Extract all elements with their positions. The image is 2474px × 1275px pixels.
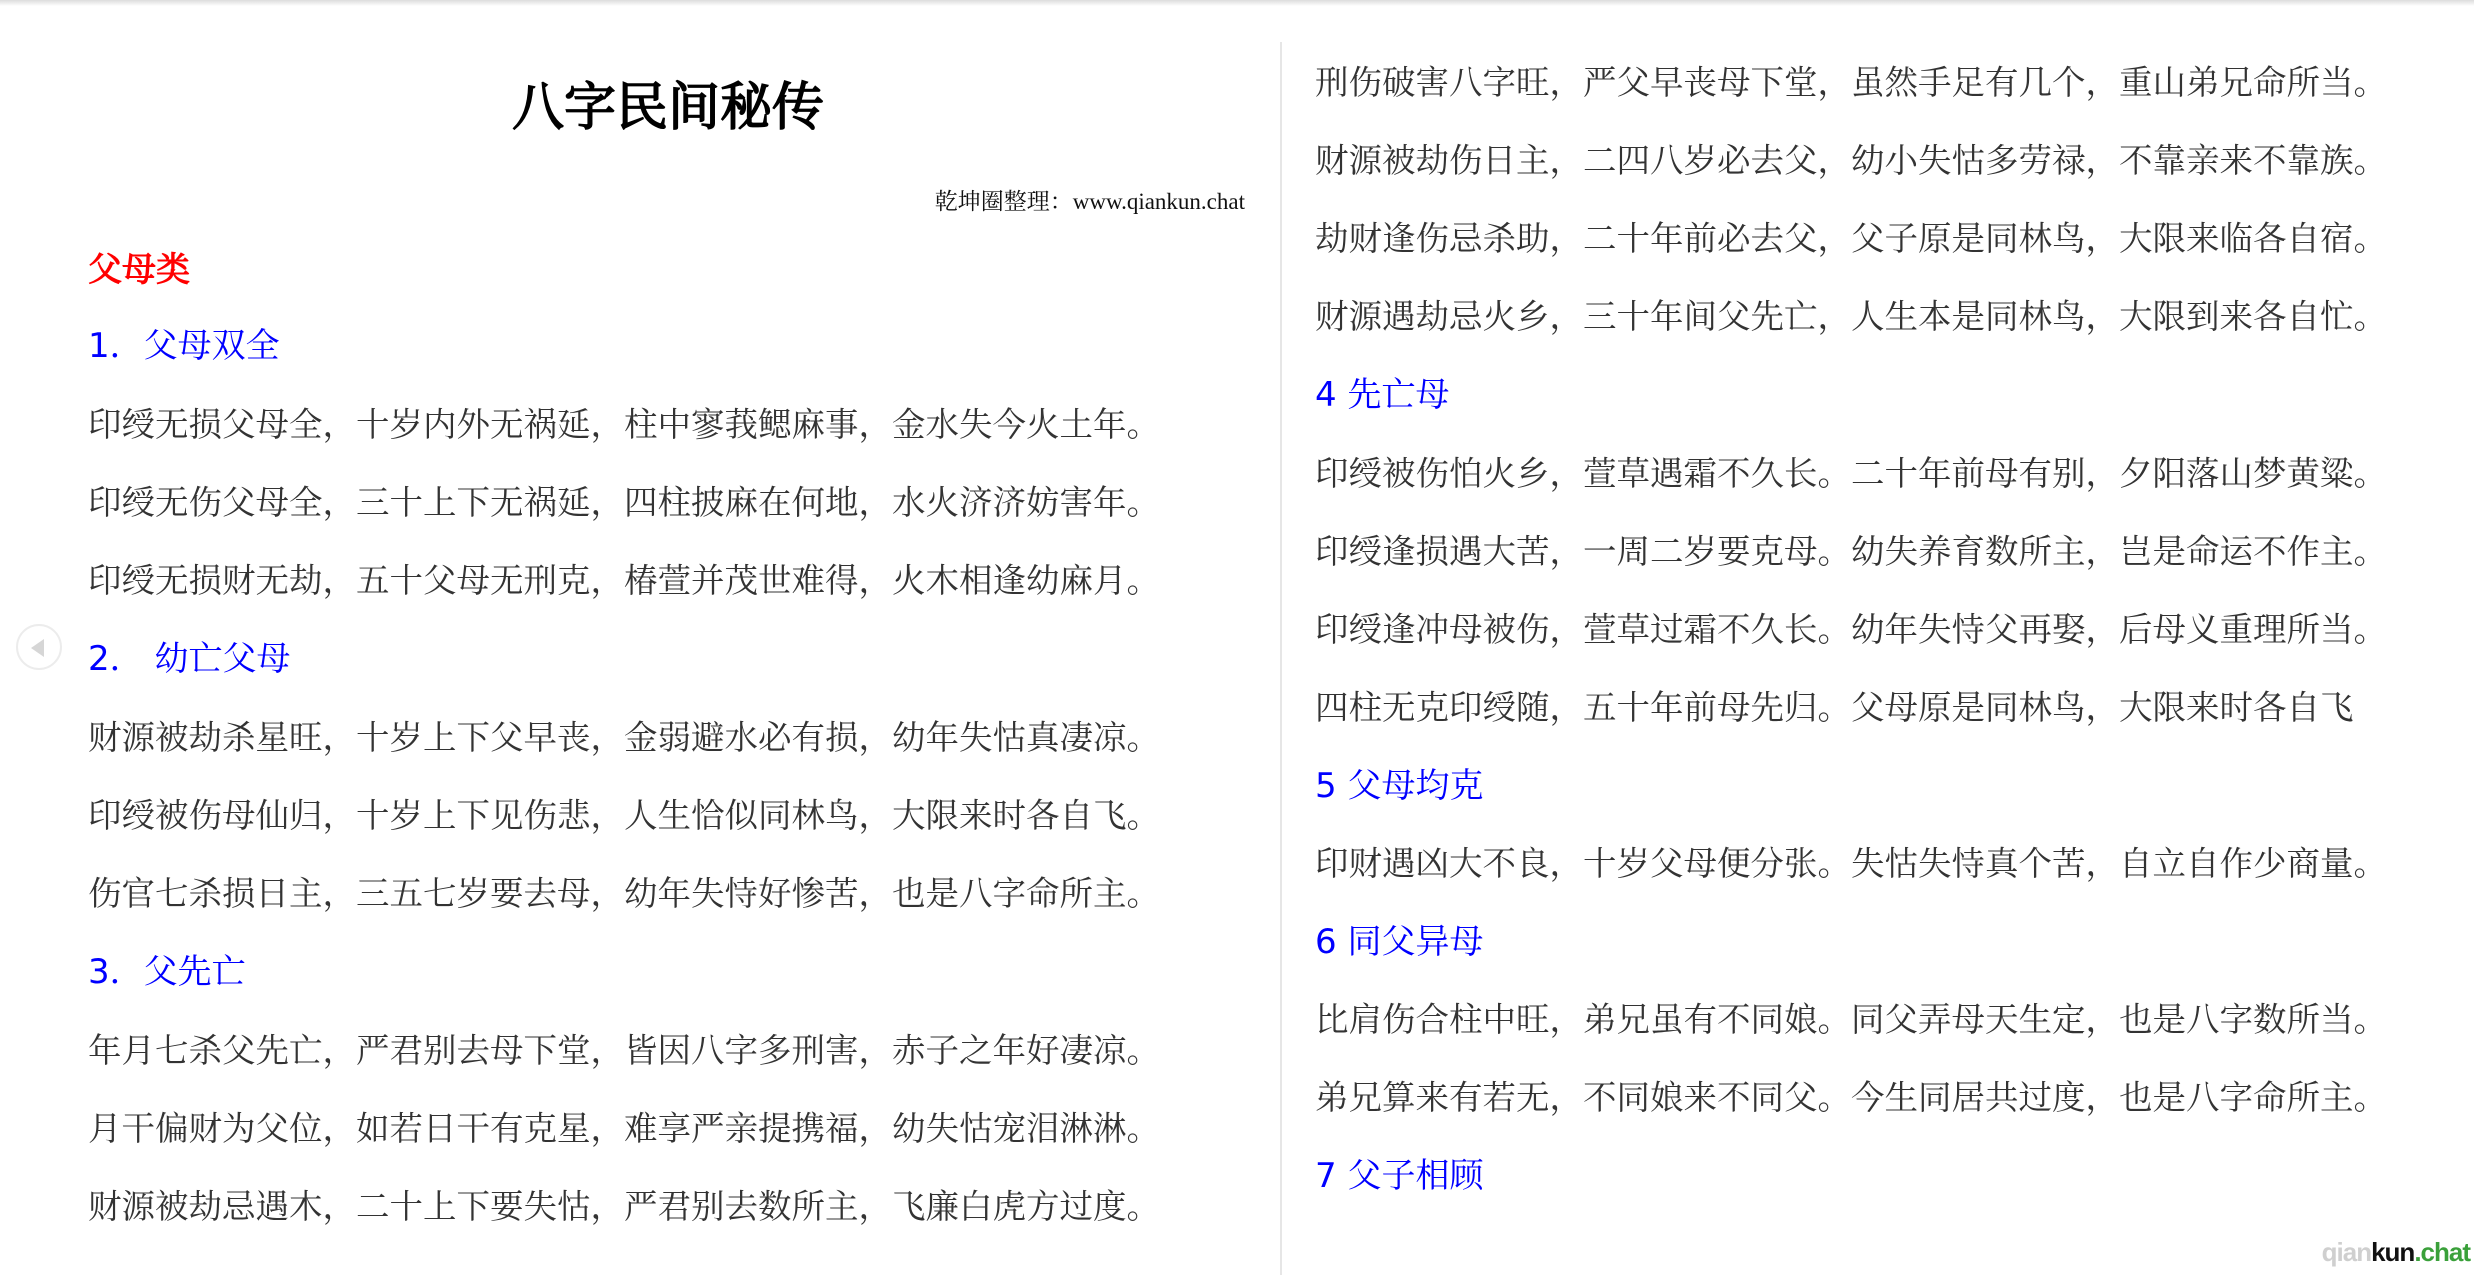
section-heading: 7 父子相顾 [1315,1152,1483,1200]
verse-line: 印绶无伤父母全，三十上下无祸延，四柱披麻在何地，水火济济妨害年。 [88,479,1160,527]
verse-line: 财源被劫杀星旺，十岁上下父早丧，金弱避水必有损，幼年失怙真凄凉。 [88,714,1160,762]
section-heading: 2． 幼亡父母 [88,635,290,683]
verse-line: 伤官七杀损日主，三五七岁要去母，幼年失恃好惨苦，也是八字命所主。 [88,870,1160,918]
section-heading: 6 同父异母 [1315,918,1483,966]
verse-line: 印绶被伤母仙归，十岁上下见伤悲，人生恰似同林鸟，大限来时各自飞。 [88,792,1160,840]
verse-line: 年月七杀父先亡，严君别去母下堂，皆因八字多刑害，赤子之年好凄凉。 [88,1027,1160,1075]
verse-line: 印绶逢损遇大苦，一周二岁要克母。幼失养育数所主，岂是命运不作主。 [1315,528,2387,576]
verse-line: 财源被劫伤日主，二四八岁必去父，幼小失怙多劳禄，不靠亲来不靠族。 [1315,137,2387,185]
verse-line: 印绶被伤怕火乡，萱草遇霜不久长。二十年前母有别，夕阳落山梦黄粱。 [1315,450,2387,498]
verse-line: 印绶逢冲母被伤，萱草过霜不久长。幼年失恃父再娶，后母义重理所当。 [1315,606,2387,654]
verse-line: 印绶无损父母全，十岁内外无祸延，柱中寥莪鳃麻事，金水失今火土年。 [88,401,1160,449]
category-title: 父母类 [88,246,190,294]
section-heading: 1．父母双全 [88,322,280,370]
verse-line: 财源被劫忌遇木，二十上下要失怙，严君别去数所主，飞廉白虎方过度。 [88,1183,1160,1231]
verse-line: 财源遇劫忌火乡，三十年间父先亡，人生本是同林鸟，大限到来各自忙。 [1315,293,2387,341]
verse-line: 比肩伤合柱中旺，弟兄虽有不同娘。同父弄母天生定，也是八字数所当。 [1315,996,2387,1044]
verse-line: 月干偏财为父位，如若日干有克星，难享严亲提携福，幼失怙宠泪淋淋。 [88,1105,1160,1153]
section-heading: 5 父母均克 [1315,762,1483,810]
chevron-left-icon [31,639,44,657]
verse-line: 弟兄算来有若无，不同娘来不同父。今生同居共过度，也是八字命所主。 [1315,1074,2387,1122]
document-title: 八字民间秘传 [0,70,1336,146]
section-heading: 3．父先亡 [88,948,246,996]
previous-page-button[interactable] [16,624,62,670]
document-subtitle: 乾坤圈整理：www.qiankun.chat [935,186,1245,218]
verse-line: 印财遇凶大不良，十岁父母便分张。失怙失恃真个苦，自立自作少商量。 [1315,840,2387,888]
section-heading: 4 先亡母 [1315,371,1449,419]
site-watermark: qiankun.chat [2322,1237,2470,1267]
watermark-dark: kun [2371,1237,2414,1267]
document-viewer: 八字民间秘传 乾坤圈整理：www.qiankun.chat 父母类 1．父母双全… [0,0,2474,1275]
verse-line: 刑伤破害八字旺，严父早丧母下堂，虽然手足有几个，重山弟兄命所当。 [1315,59,2387,107]
verse-line: 劫财逢伤忌杀助，二十年前必去父，父子原是同林鸟，大限来临各自宿。 [1315,215,2387,263]
watermark-green: .chat [2414,1237,2470,1267]
verse-line: 印绶无损财无劫，五十父母无刑克，椿萱并茂世难得，火木相逢幼麻月。 [88,557,1160,605]
right-page: 刑伤破害八字旺，严父早丧母下堂，虽然手足有几个，重山弟兄命所当。 财源被劫伤日主… [1281,0,2474,1275]
verse-line: 四柱无克印绶随，五十年前母先归。父母原是同林鸟，大限来时各自飞 [1315,684,2354,732]
watermark-faded: qian [2322,1237,2371,1267]
left-page: 八字民间秘传 乾坤圈整理：www.qiankun.chat 父母类 1．父母双全… [0,0,1280,1275]
